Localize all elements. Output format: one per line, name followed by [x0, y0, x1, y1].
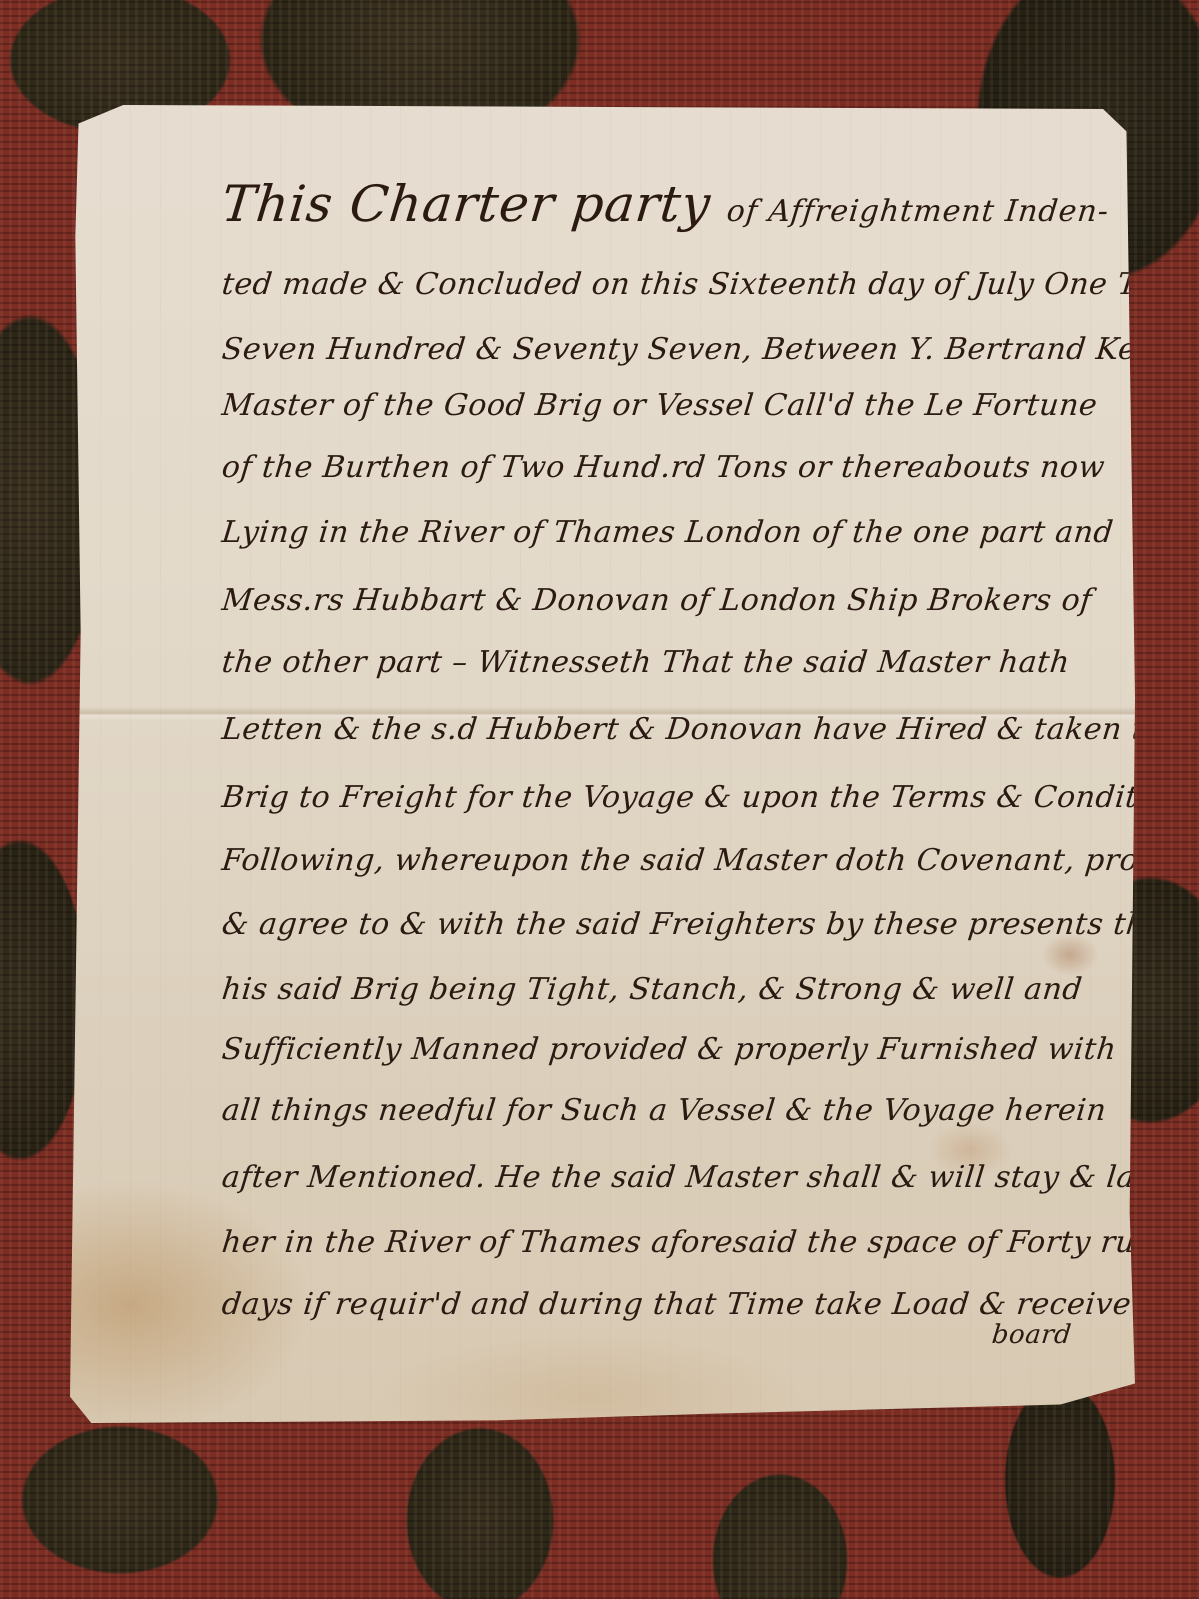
manuscript-page: This Charter party of Affreightment Inde…	[70, 105, 1135, 1423]
text-line: ted made & Concluded on this Sixteenth d…	[220, 267, 1199, 302]
text-line: Lying in the River of Thames London of t…	[220, 515, 1115, 550]
text-line: of the Burthen of Two Hund.rd Tons or th…	[220, 450, 1106, 485]
text-line: Seven Hundred & Seventy Seven, Between Y…	[220, 332, 1199, 367]
text-line: Mess.rs Hubbart & Donovan of London Ship…	[220, 583, 1094, 618]
text-line: her in the River of Thames aforesaid the…	[220, 1225, 1199, 1260]
text-line: all things needful for Such a Vessel & t…	[220, 1093, 1108, 1128]
text-line: & agree to & with the said Freighters by…	[220, 907, 1178, 942]
catchword: board	[990, 1320, 1073, 1350]
text-line: days if requir'd and during that Time ta…	[220, 1287, 1181, 1322]
text-line: Following, whereupon the said Master dot…	[220, 843, 1199, 878]
text-line: his said Brig being Tight, Stanch, & Str…	[220, 972, 1084, 1007]
document-title-line: This Charter party of Affreightment Inde…	[219, 175, 1113, 233]
text-line: Master of the Good Brig or Vessel Call'd…	[220, 388, 1099, 423]
text-line: after Mentioned. He the said Master shal…	[220, 1160, 1199, 1195]
document-title-continuation: of Affreightment Inden-	[725, 194, 1111, 229]
text-line: Letten & the s.d Hubbert & Donovan have …	[220, 712, 1199, 747]
text-line: Brig to Freight for the Voyage & upon th…	[220, 780, 1199, 815]
document-title: This Charter party	[219, 175, 714, 233]
text-line: the other part – Witnesseth That the sai…	[220, 645, 1071, 680]
text-line: Sufficiently Manned provided & properly …	[220, 1032, 1118, 1067]
